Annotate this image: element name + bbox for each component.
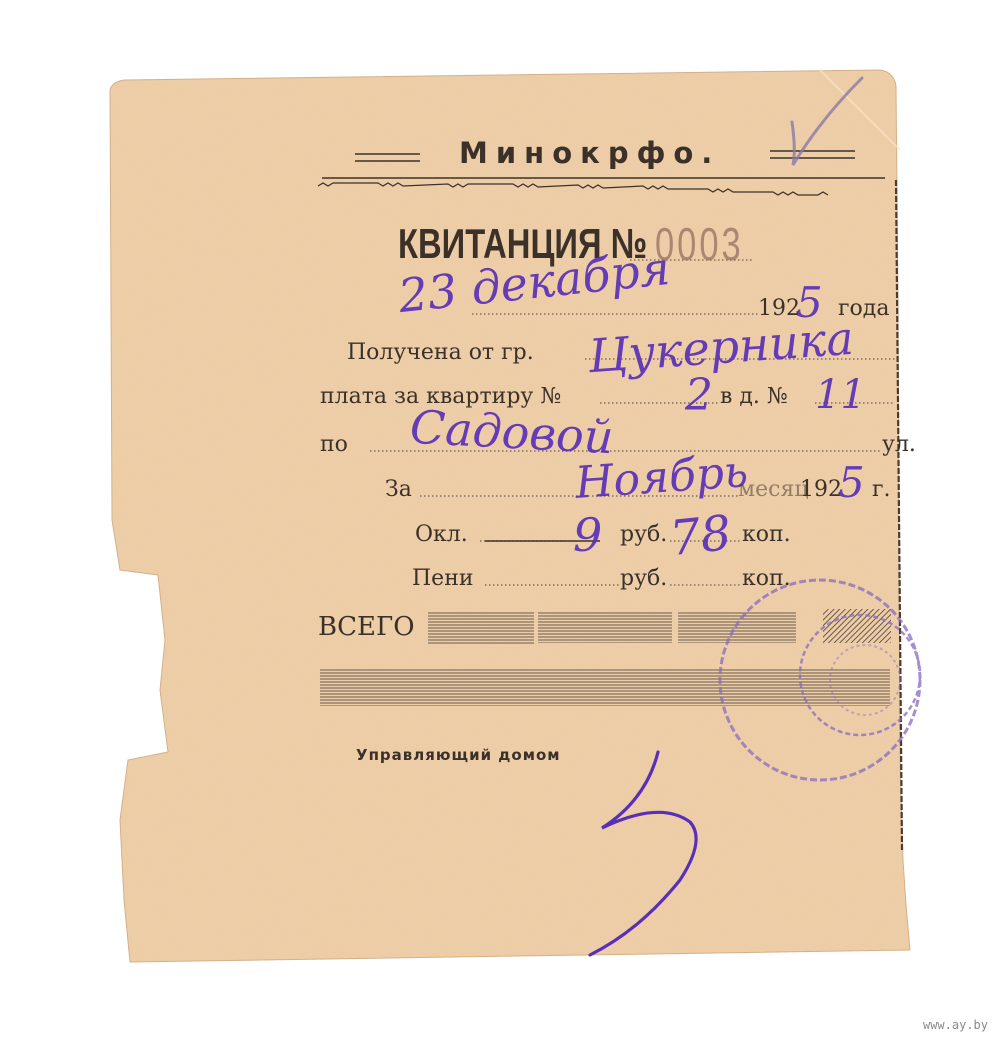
handwritten-house-number: 11 — [815, 372, 866, 418]
handwritten-street-name: Садовой — [409, 400, 615, 465]
watermark: www.ay.by — [923, 1018, 988, 1032]
handwritten-kopecks: 78 — [667, 505, 734, 567]
for-label: За — [385, 477, 412, 502]
kop-label: коп. — [742, 522, 791, 547]
house-label: в д. № — [720, 384, 788, 409]
month-year-suffix: г. — [872, 477, 891, 502]
handwritten-apartment-number: 2 — [685, 370, 713, 421]
street-prefix: по — [320, 432, 348, 457]
received-from-label: Получена от гр. — [347, 340, 534, 365]
manager-label: Управляющий домом — [356, 746, 561, 764]
penalty-rub-label: руб. — [620, 566, 667, 591]
rub-label: руб. — [620, 522, 667, 547]
penalty-kop-label: коп. — [742, 566, 791, 591]
month-year-prefix: 192 — [800, 477, 842, 502]
total-label: ВСЕГО — [318, 612, 415, 642]
street-suffix: ул. — [882, 432, 916, 457]
receipt-document: Минокрфо. КВИТАНЦИЯ № 0003 23 декабря 19… — [0, 0, 1000, 1046]
penalty-label: Пени — [412, 566, 474, 591]
organization-name: Минокрфо. — [459, 136, 720, 170]
handwritten-month-year: 5 — [838, 458, 865, 507]
month-label: месяц — [738, 477, 808, 502]
handwritten-rubles: 9 — [573, 508, 602, 562]
salary-label: Окл. — [415, 522, 468, 547]
